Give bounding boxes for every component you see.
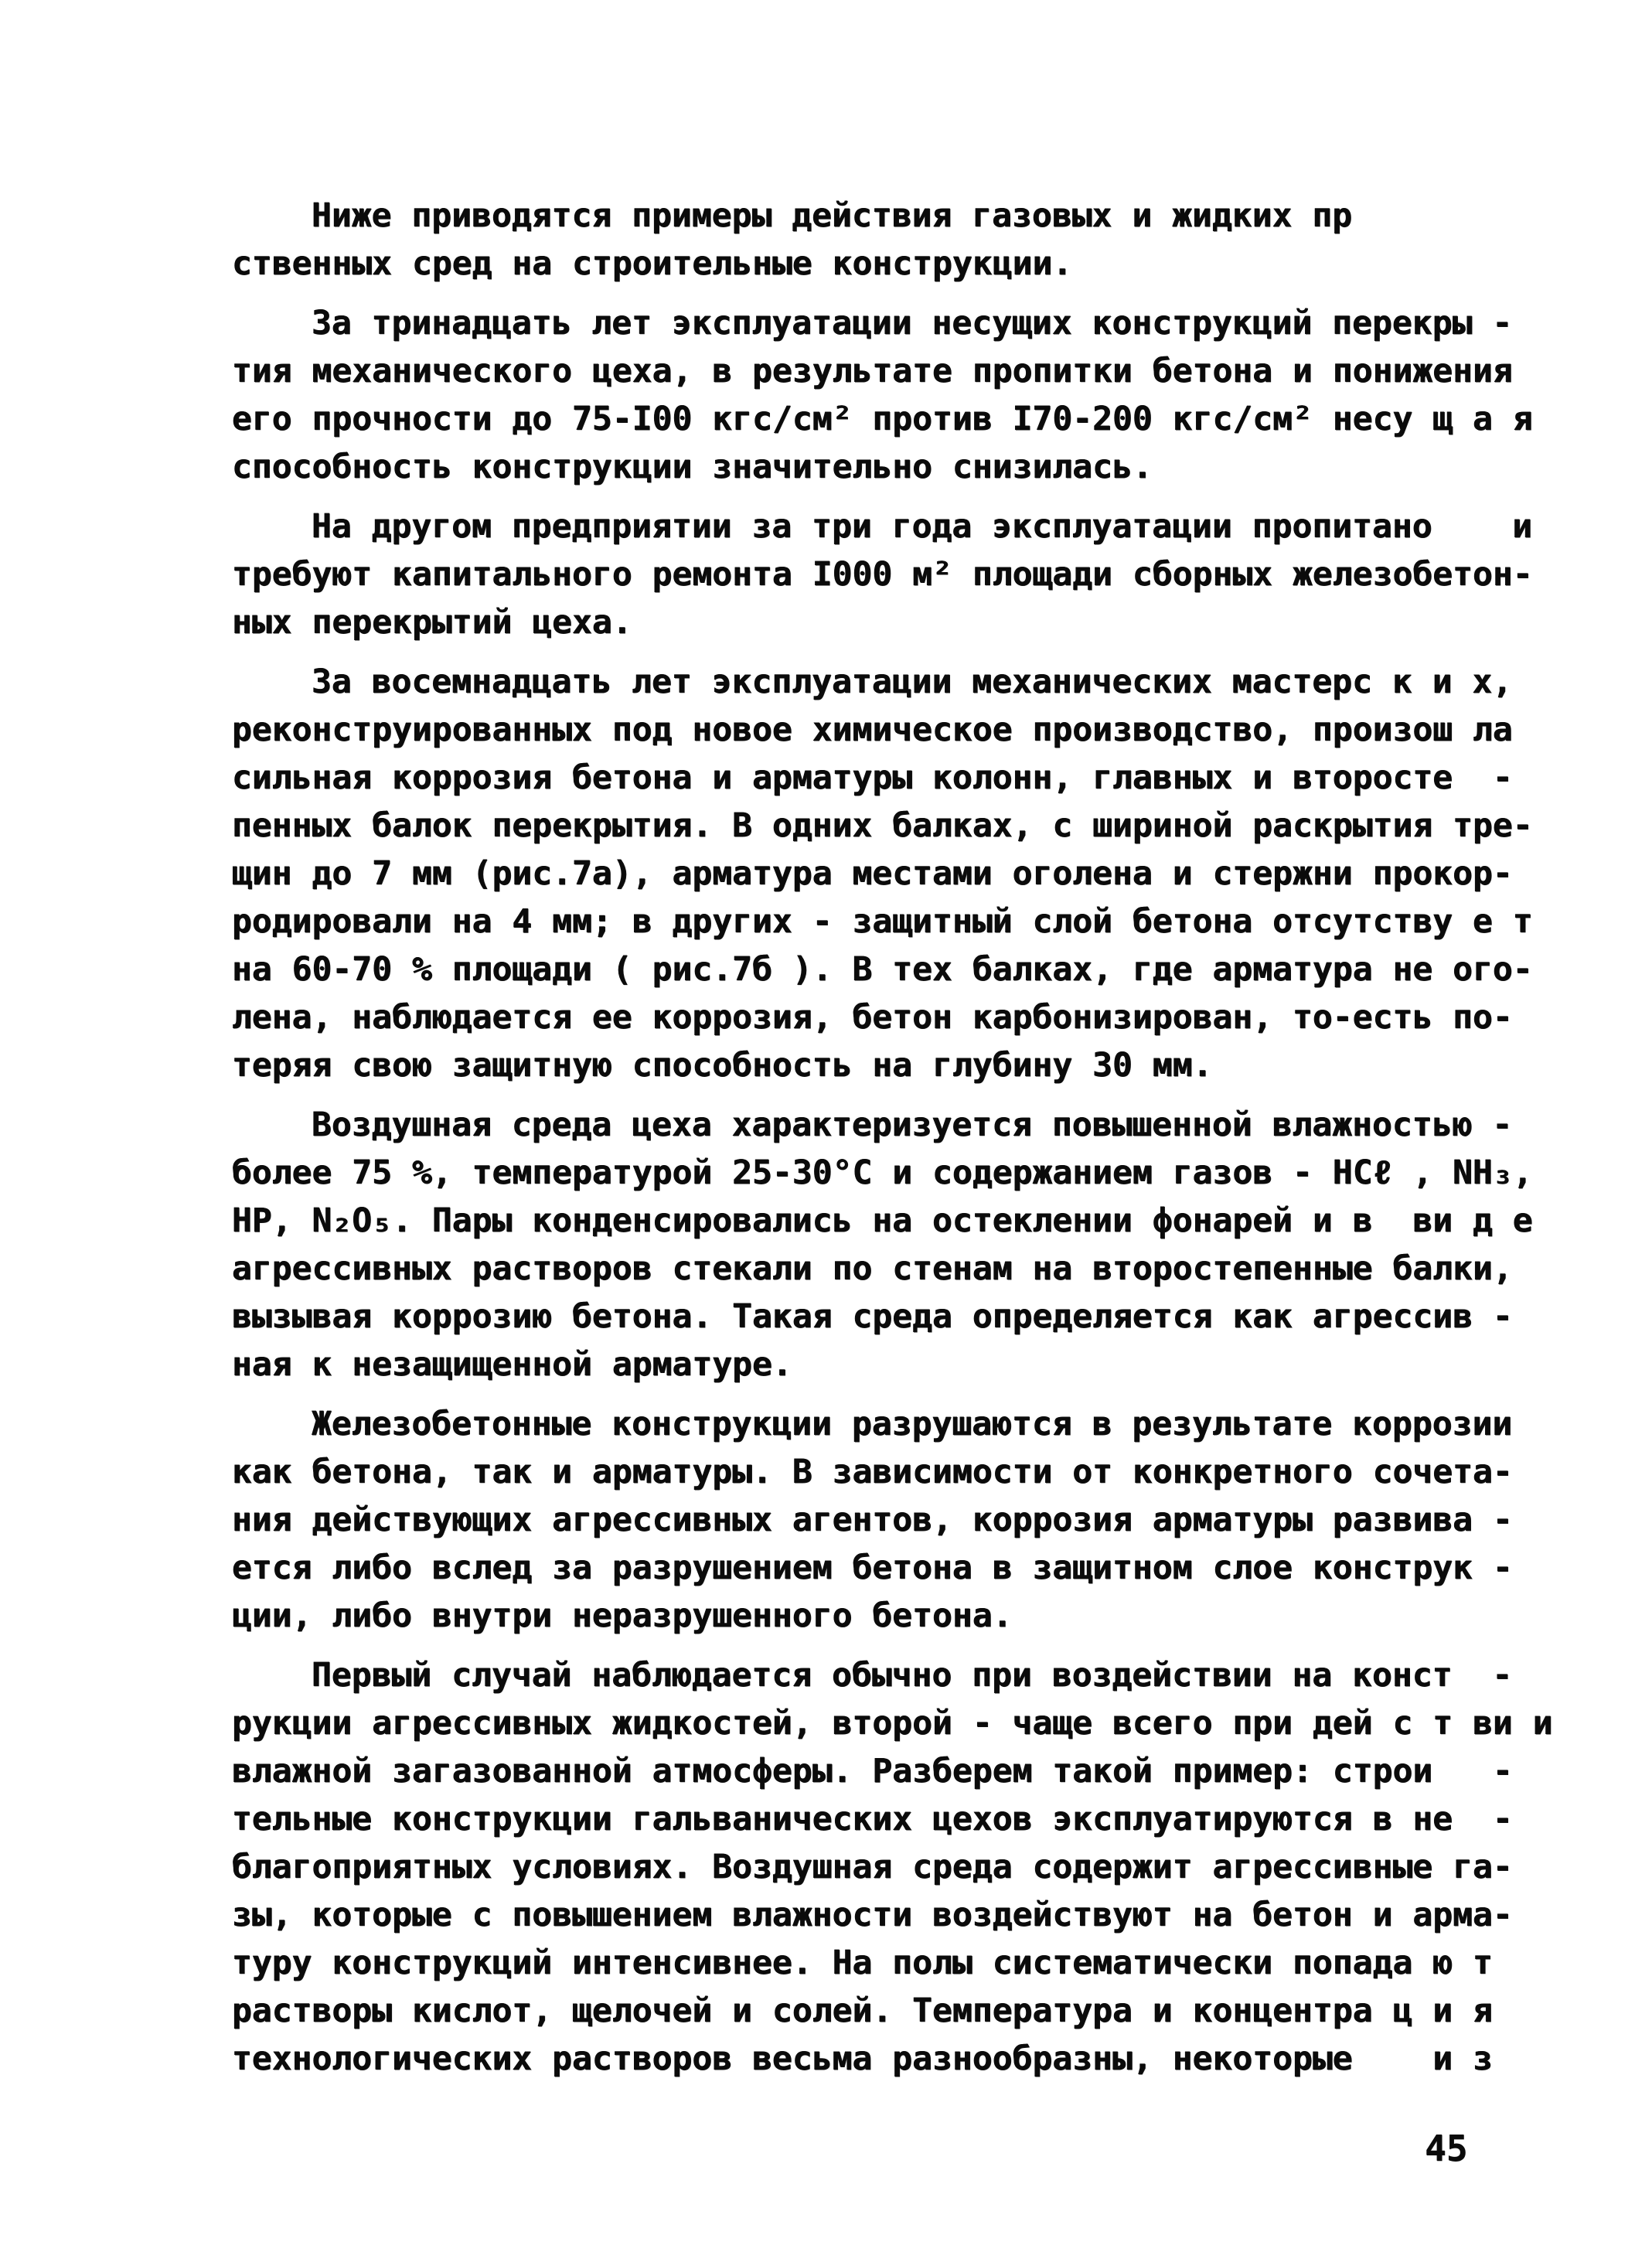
text-line: более 75 %, температурой 25-30°С и содер… [232,1149,1531,1197]
text-line: зы, которые с повышением влажности возде… [232,1891,1531,1939]
text-line: его прочности до 75-I00 кгс/см² против I… [232,395,1531,443]
text-line: технологических растворов весьма разнооб… [232,2035,1531,2083]
text-line: На другом предприятии за три года эксплу… [232,503,1531,550]
text-line: как бетона, так и арматуры. В зависимост… [232,1448,1531,1496]
text-block: Ниже приводятся примеры действия газовых… [232,192,1531,2094]
text-line: ции, либо внутри неразрушенного бетона. [232,1592,1531,1640]
text-line: ственных сред на строительные конструкци… [232,240,1531,288]
text-line: растворы кислот, щелочей и солей. Темпер… [232,1987,1531,2035]
text-line: туру конструкций интенсивнее. На полы си… [232,1939,1531,1987]
paragraph: Ниже приводятся примеры действия газовых… [232,192,1531,288]
text-line: Железобетонные конструкции разрушаются в… [232,1400,1531,1448]
text-line: За восемнадцать лет эксплуатации механич… [232,658,1531,706]
text-line: щин до 7 мм (рис.7а), арматура местами о… [232,850,1531,898]
paragraph: Первый случай наблюдается обычно при воз… [232,1651,1531,2083]
text-line: на 60-70 % площади ( рис.7б ). В тех бал… [232,946,1531,993]
paragraph: Железобетонные конструкции разрушаются в… [232,1400,1531,1640]
paragraph: За тринадцать лет эксплуатации несущих к… [232,299,1531,491]
text-line: вызывая коррозию бетона. Такая среда опр… [232,1293,1531,1341]
text-line: агрессивных растворов стекали по стенам … [232,1245,1531,1293]
text-line: ных перекрытий цеха. [232,598,1531,646]
text-line: способность конструкции значительно сниз… [232,443,1531,491]
text-line: требуют капитального ремонта I000 м² пло… [232,550,1531,598]
paragraph: За восемнадцать лет эксплуатации механич… [232,658,1531,1089]
text-line: НР, N₂О₅. Пары конденсировались на остек… [232,1197,1531,1245]
text-line: За тринадцать лет эксплуатации несущих к… [232,299,1531,347]
document-page: Ниже приводятся примеры действия газовых… [0,0,1652,2259]
text-line: ется либо вслед за разрушением бетона в … [232,1544,1531,1592]
text-line: Ниже приводятся примеры действия газовых… [232,192,1531,240]
text-line: теряя свою защитную способность на глуби… [232,1041,1531,1089]
text-line: тия механического цеха, в результате про… [232,347,1531,395]
text-line: ная к незащищенной арматуре. [232,1341,1531,1388]
text-line: реконструированных под новое химическое … [232,706,1531,754]
text-line: сильная коррозия бетона и арматуры колон… [232,754,1531,802]
text-line: пенных балок перекрытия. В одних балках,… [232,802,1531,850]
text-line: благоприятных условиях. Воздушная среда … [232,1843,1531,1891]
paragraph: Воздушная среда цеха характеризуется пов… [232,1101,1531,1388]
text-line: ния действующих агрессивных агентов, кор… [232,1496,1531,1544]
text-line: родировали на 4 мм; в других - защитный … [232,898,1531,946]
page-number: 45 [1425,2128,1467,2169]
paragraph: На другом предприятии за три года эксплу… [232,503,1531,646]
text-line: лена, наблюдается ее коррозия, бетон кар… [232,993,1531,1041]
text-line: влажной загазованной атмосферы. Разберем… [232,1747,1531,1795]
text-line: тельные конструкции гальванических цехов… [232,1795,1531,1843]
text-line: рукции агрессивных жидкостей, второй - ч… [232,1699,1531,1747]
text-line: Первый случай наблюдается обычно при воз… [232,1651,1531,1699]
text-line: Воздушная среда цеха характеризуется пов… [232,1101,1531,1149]
